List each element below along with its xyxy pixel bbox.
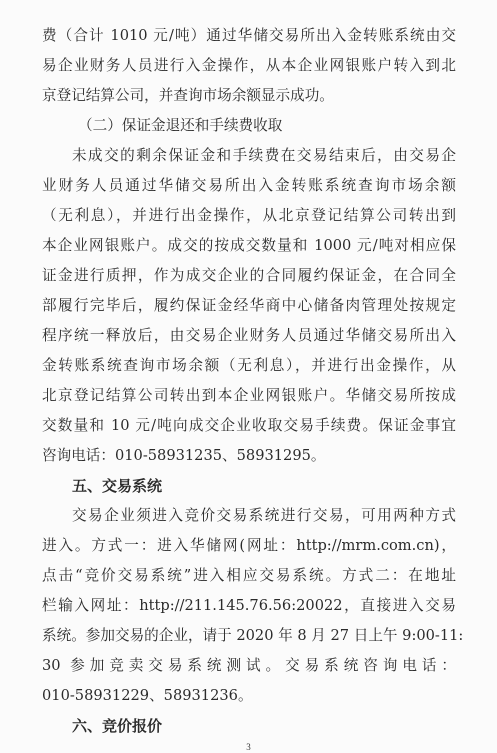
section-heading-bidding: 六、竞价报价 — [72, 711, 456, 741]
text-line: 京登记结算公司，并查询市场余额显示成功。 — [42, 81, 456, 111]
page-number: 3 — [0, 742, 497, 752]
text-line: 点击“竞价交易系统”进入相应交易系统。方式二：在地址 — [42, 561, 456, 591]
text-line: 未成交的剩余保证金和手续费在交易结束后，由交易企 — [72, 141, 456, 171]
text-line: 证金进行质押，作为成交企业的合同履约保证金，在合同全 — [42, 261, 456, 291]
text-line: 010-58931229、58931236。 — [42, 681, 456, 711]
text-line: 咨询电话：010-58931235、58931295。 — [42, 441, 456, 471]
text-line: 金转账系统查询市场余额（无利息），并进行出金操作，从 — [42, 351, 456, 381]
text-line: 业财务人员通过华储交易所出入金转账系统查询市场余额 — [42, 171, 456, 201]
text-line-bold-date: 系统。参加交易的企业，请于 2020 年 8 月 27 日上午 9:00-11: — [42, 621, 456, 651]
document-page: 费（合计 1010 元/吨）通过华储交易所出入金转账系统由交 易企业财务人员进行… — [0, 0, 497, 753]
text-line: 30 参加竞卖交易系统测试。交易系统咨询电话： — [42, 651, 456, 681]
section-heading-trading-system: 五、交易系统 — [72, 471, 456, 501]
text-line: 本企业网银账户。成交的按成交数量和 1000 元/吨对相应保 — [42, 231, 456, 261]
text-line: 易企业财务人员进行入金操作，从本企业网银账户转入到北 — [42, 51, 456, 81]
text-line: 交数量和 10 元/吨向成交企业收取交易手续费。保证金事宜 — [42, 411, 456, 441]
text-line: 北京登记结算公司转出到本企业网银账户。华储交易所按成 — [42, 381, 456, 411]
text-line: 费（合计 1010 元/吨）通过华储交易所出入金转账系统由交 — [42, 21, 456, 51]
text-line: 部履行完毕后，履约保证金经华商中心储备肉管理处按规定 — [42, 291, 456, 321]
text-line: 程序统一释放后，由交易企业财务人员通过华储交易所出入 — [42, 321, 456, 351]
text-line: 进入。方式一：进入华储网(网址：http://mrm.com.cn)， — [42, 531, 456, 561]
subheading-deposit-refund: （二）保证金退还和手续费收取 — [78, 111, 462, 141]
text-line: 栏输入网址：http://211.145.76.56:20022，直接进入交易 — [42, 591, 456, 621]
text-line: 交易企业须进入竞价交易系统进行交易，可用两种方式 — [72, 501, 456, 531]
text-line: （无利息），并进行出金操作，从北京登记结算公司转出到 — [42, 201, 456, 231]
